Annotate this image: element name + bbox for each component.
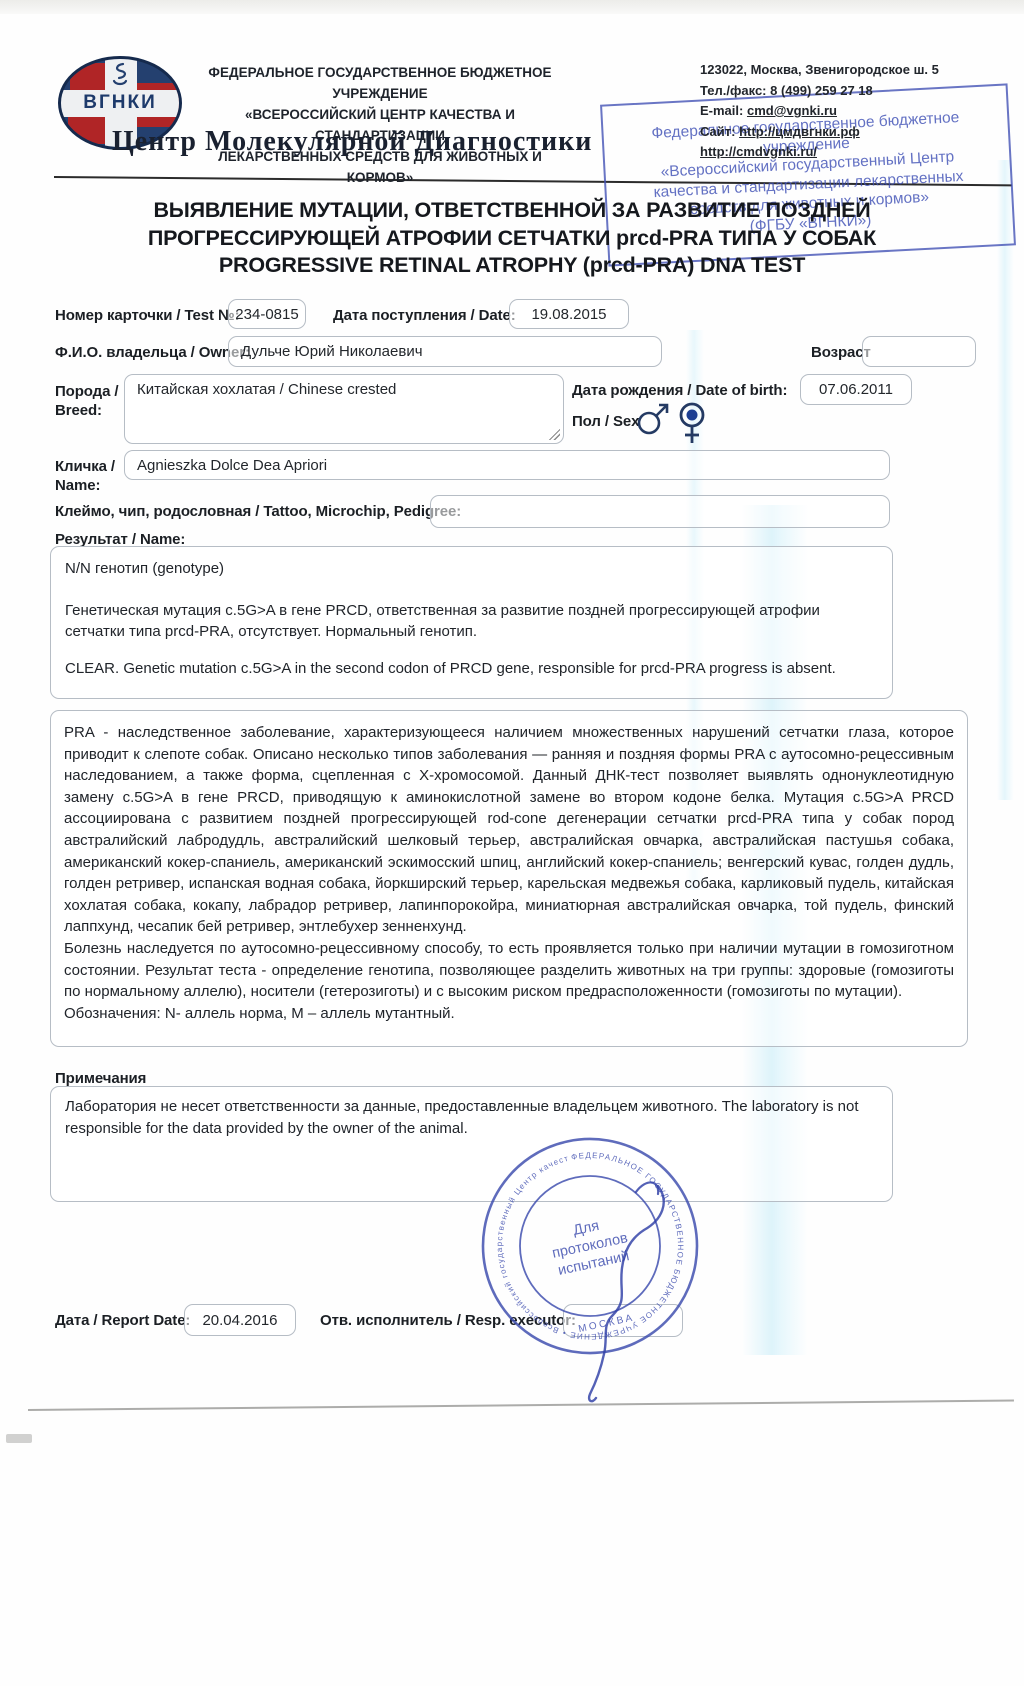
result-field: N/N генотип (genotype) Генетическая мута… (50, 546, 893, 699)
dna-test-certificate: ВГНКИ ФЕДЕРАЛЬНОЕ ГОСУДАРСТВЕННОЕ БЮДЖЕТ… (0, 0, 1024, 1686)
report-date-label: Дата / Report Date: (55, 1312, 190, 1329)
test-number-value: 234-0815 (235, 306, 298, 323)
description-paragraph-1: PRA - наследственное заболевание, характ… (64, 722, 954, 938)
site-ru-link: http://цмдвгнки.рф (739, 124, 860, 139)
genotype-result: N/N генотип (genotype) (65, 558, 878, 580)
notes-text: Лаборатория не несет ответственности за … (51, 1087, 892, 1150)
title-line-ru-1: ВЫЯВЛЕНИЕ МУТАЦИИ, ОТВЕТСТВЕННОЙ ЗА РАЗВ… (40, 197, 984, 225)
title-line-en: PROGRESSIVE RETINAL ATROPHY (prcd-PRA) D… (40, 252, 984, 280)
signature (540, 1148, 720, 1423)
owner-value: Дульче Юрий Николаевич (229, 337, 661, 360)
pet-name-field: Agnieszka Dolce Dea Apriori (124, 450, 890, 480)
site-en-link: http://cmdvgnki.ru/ (700, 144, 817, 159)
result-text-ru: Генетическая мутация c.5G>A в гене PRCD,… (65, 600, 878, 643)
phone: Тел./факс: 8 (499) 259 27 18 (700, 81, 1012, 102)
document-title: ВЫЯВЛЕНИЕ МУТАЦИИ, ОТВЕТСТВЕННОЙ ЗА РАЗВ… (40, 197, 984, 280)
sex-label: Пол / Sex (572, 413, 639, 430)
aesculapius-snake-icon (110, 62, 130, 93)
org-line: ФЕДЕРАЛЬНОЕ ГОСУДАРСТВЕННОЕ БЮДЖЕТНОЕ УЧ… (188, 62, 572, 104)
organization-name: ФЕДЕРАЛЬНОЕ ГОСУДАРСТВЕННОЕ БЮДЖЕТНОЕ УЧ… (188, 62, 572, 188)
center-title: Центр Молекулярной Диагностики (112, 126, 712, 158)
breed-field: Китайская хохлатая / Chinese crested (124, 374, 564, 444)
description-paragraph-3: Обозначения: N- аллель норма, М – аллель… (64, 1003, 954, 1025)
report-date-field: 20.04.2016 (184, 1304, 296, 1336)
date-received-value: 19.08.2015 (531, 306, 606, 323)
report-date-value: 20.04.2016 (202, 1312, 277, 1329)
email-line: E-mail: cmd@vgnki.ru (700, 101, 1012, 122)
title-line-ru-2: ПРОГРЕССИРУЮЩЕЙ АТРОФИИ СЕТЧАТКИ prcd-PR… (40, 225, 984, 253)
birth-date-label: Дата рождения / Date of birth: (572, 382, 787, 399)
site-en-line: http://cmdvgnki.ru/ (700, 142, 1012, 163)
breed-label: Порода / Breed: (55, 382, 118, 420)
result-text-en: CLEAR. Genetic mutation c.5G>A in the se… (65, 658, 878, 680)
pet-name-value: Agnieszka Dolce Dea Apriori (125, 451, 889, 474)
test-number-field: 234-0815 (228, 299, 306, 329)
scan-edge-artifact (0, 0, 1024, 14)
disease-description-box: PRA - наследственное заболевание, характ… (50, 710, 968, 1047)
sex-symbols (636, 399, 708, 452)
birth-date-value: 07.06.2011 (819, 381, 893, 398)
logo-acronym: ВГНКИ (61, 90, 179, 117)
id-marks-field (430, 495, 890, 528)
resize-handle-icon (549, 429, 560, 440)
email-link: cmd@vgnki.ru (747, 103, 837, 118)
site-line: Сайт: http://цмдвгнки.рф (700, 122, 1012, 143)
contact-block: 123022, Москва, Звенигородское ш. 5 Тел.… (700, 60, 1012, 163)
page-edge-line (28, 1400, 1014, 1411)
test-number-label: Номер карточки / Test №: (55, 307, 239, 324)
pet-name-label: Кличка / Name: (55, 457, 115, 495)
date-received-field: 19.08.2015 (509, 299, 629, 329)
id-marks-label: Клеймо, чип, родословная / Tattoo, Micro… (55, 503, 461, 520)
age-field (862, 336, 976, 367)
date-received-label: Дата поступления / Date: (333, 307, 516, 324)
birth-date-field: 07.06.2011 (800, 374, 912, 405)
scan-streak (997, 160, 1014, 800)
description-paragraph-2: Болезнь наследуется по аутосомно-рецесси… (64, 938, 954, 1003)
breed-value: Китайская хохлатая / Chinese crested (125, 375, 563, 398)
female-sex-icon (676, 399, 708, 452)
scan-mark (6, 1434, 32, 1443)
male-sex-icon (636, 399, 672, 444)
notes-label: Примечания (55, 1070, 146, 1087)
owner-field: Дульче Юрий Николаевич (228, 336, 662, 367)
address: 123022, Москва, Звенигородское ш. 5 (700, 60, 1012, 81)
owner-label: Ф.И.О. владельца / Owner: (55, 344, 250, 361)
